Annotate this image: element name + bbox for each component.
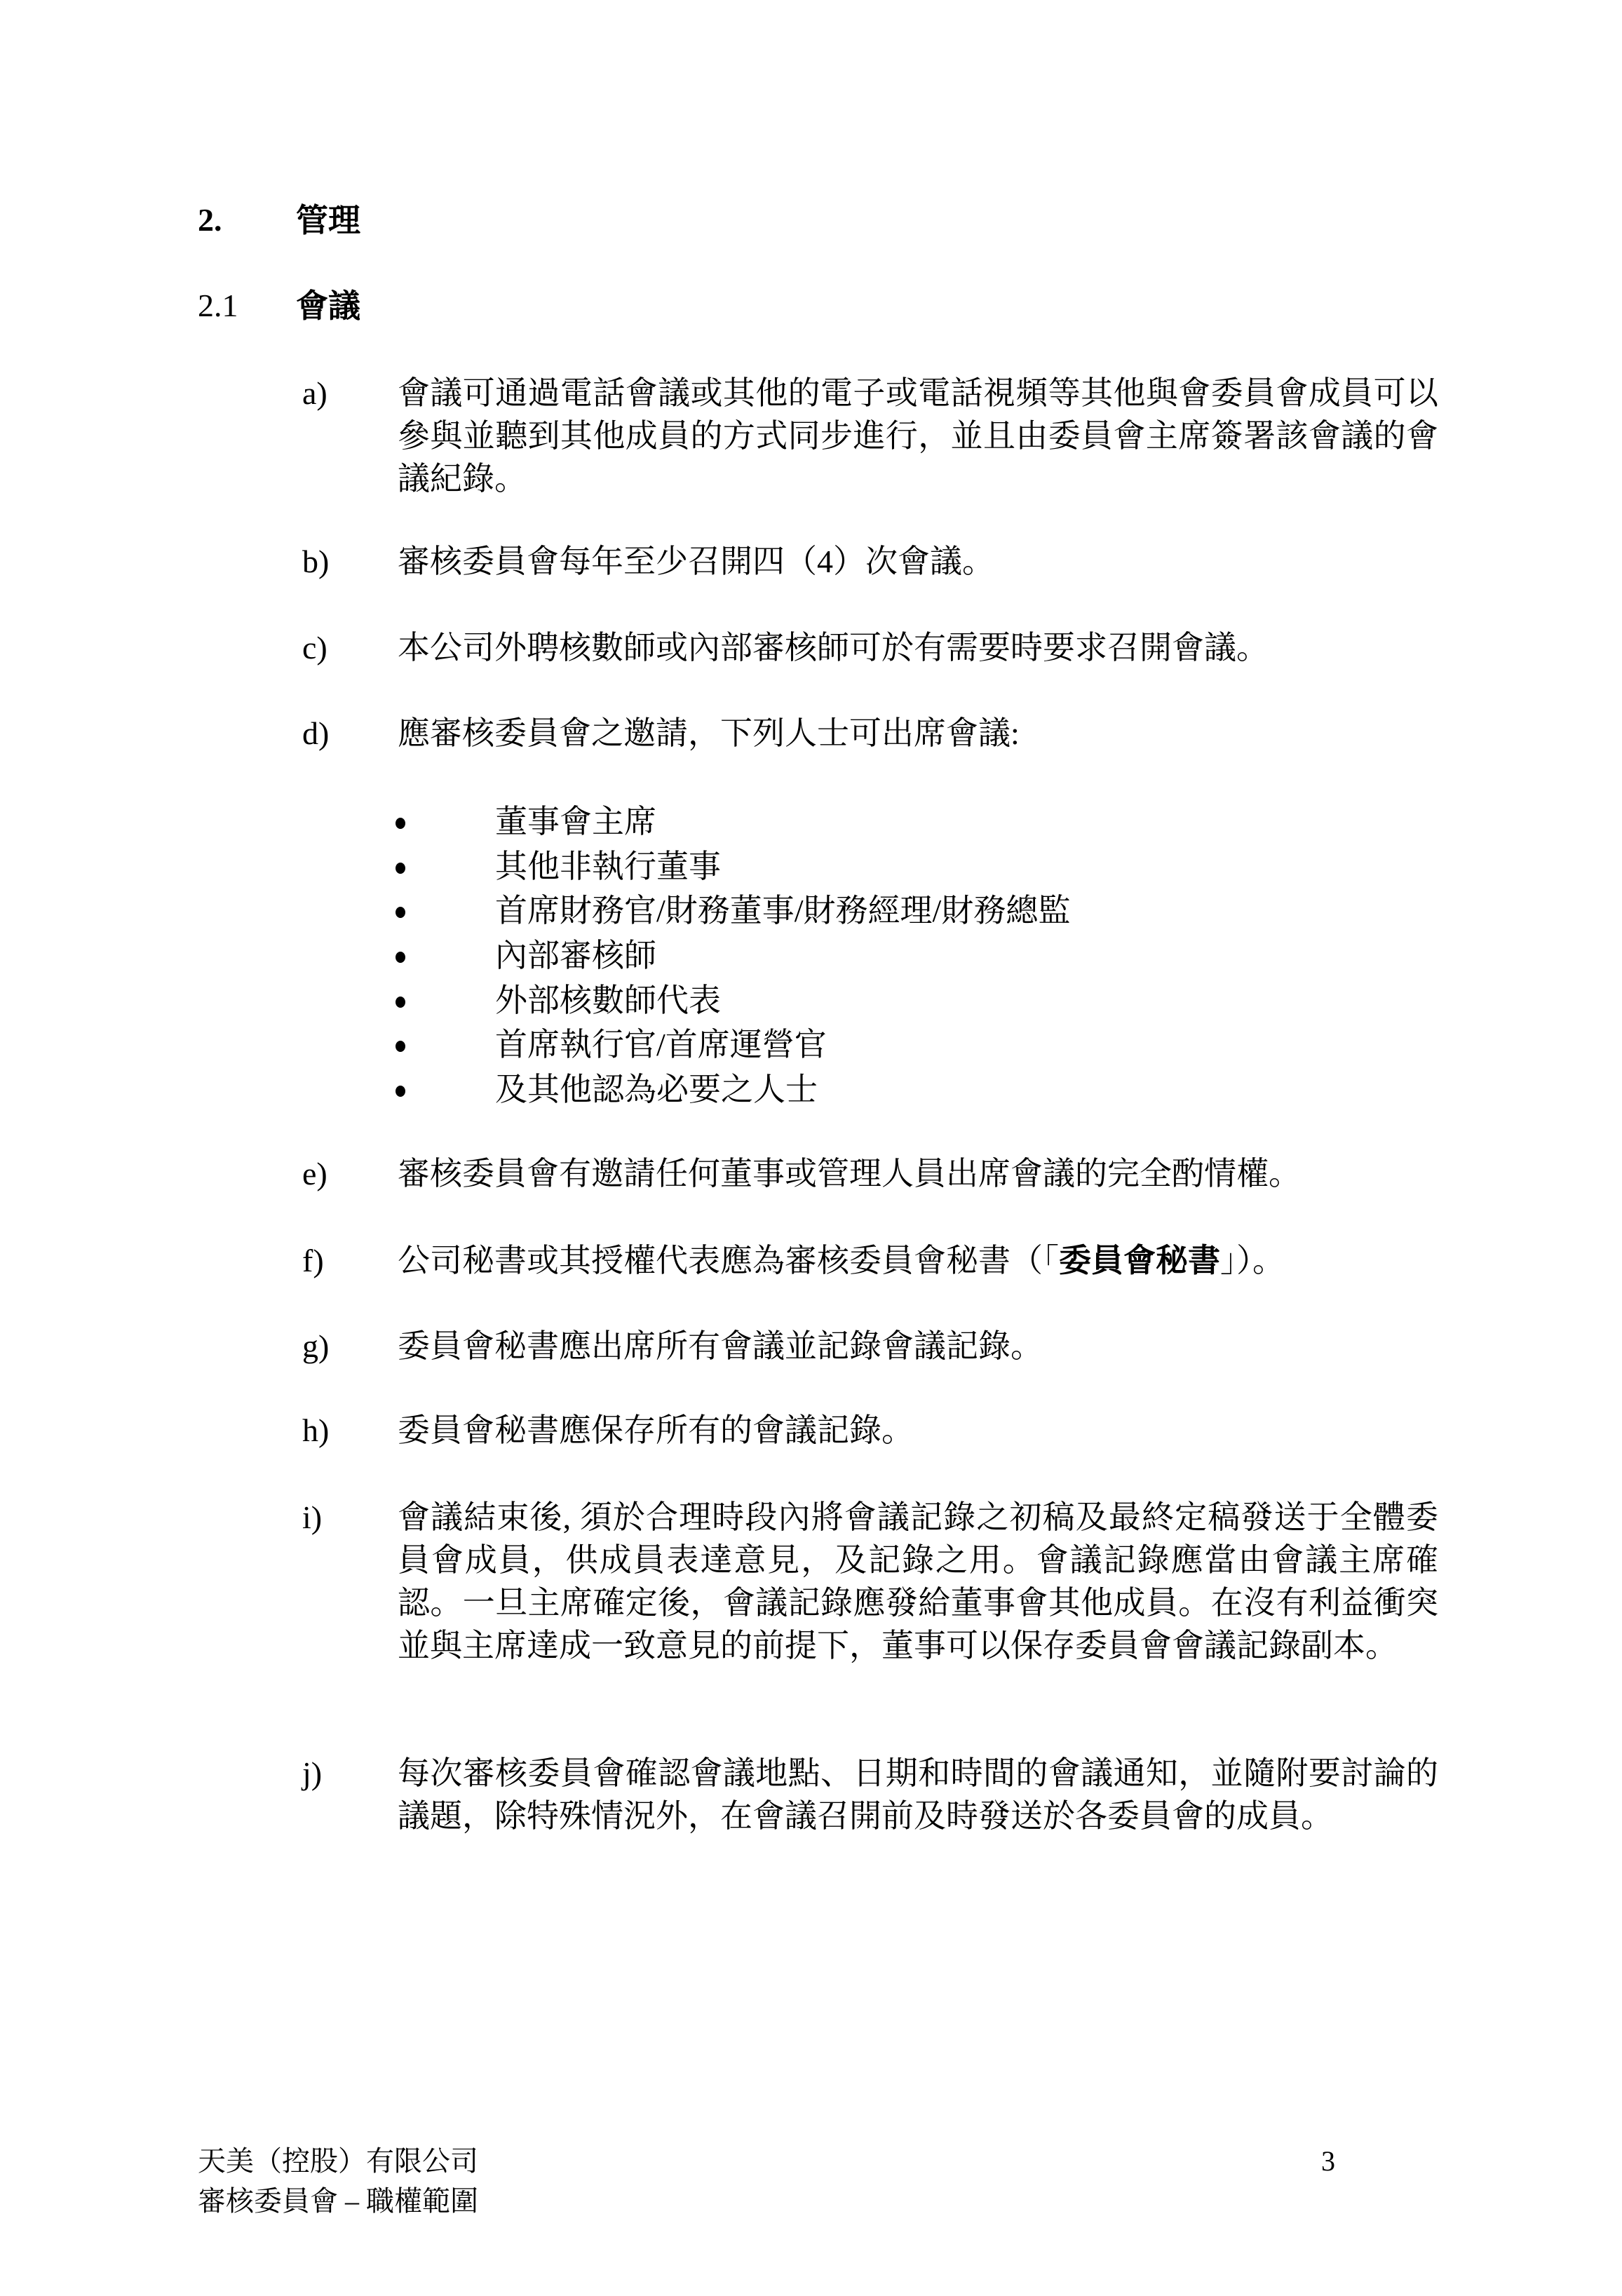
clause-b: b) 審核委員會每年至少召開四（4）次會議。 [302,540,1438,583]
defined-term: 委員會秘書 [1059,1241,1220,1279]
clause-label: d) [302,712,393,755]
bullet-icon [396,818,405,829]
clause-label: h) [302,1409,393,1452]
clause-label: g) [302,1325,393,1368]
clause-label: i) [302,1496,393,1539]
clause-text: 委員會秘書應出席所有會議並記錄會議記錄。 [398,1325,1438,1368]
clause-f: f) 公司秘書或其授權代表應為審核委員會秘書（「委員會秘書」）。 [302,1239,1438,1282]
bullet-icon [396,1086,405,1097]
clause-text: 公司秘書或其授權代表應為審核委員會秘書（「委員會秘書」）。 [398,1239,1438,1282]
list-item-text: 首席執行官/首席運營官 [495,1022,827,1067]
clause-text: 會議可通過電話會議或其他的電子或電話視頻等其他與會委員會成員可以參與並聽到其他成… [398,372,1438,500]
clause-text: 會議結束後, 須於合理時段內將會議記錄之初稿及最終定稿發送于全體委員會成員，供成… [398,1496,1438,1667]
clause-text: 委員會秘書應保存所有的會議記錄。 [398,1409,1438,1452]
bullet-icon [396,997,405,1008]
page-number: 3 [1321,2142,1335,2181]
subsection-number: 2.1 [198,285,238,327]
clause-text-after: 」）。 [1220,1243,1285,1278]
clause-h: h) 委員會秘書應保存所有的會議記錄。 [302,1409,1438,1452]
clause-label: b) [302,540,393,583]
bullet-icon [396,863,405,874]
clause-i: i) 會議結束後, 須於合理時段內將會議記錄之初稿及最終定稿發送于全體委員會成員… [302,1496,1438,1667]
footer-company: 天美（控股）有限公司 [198,2142,478,2181]
clause-label: e) [302,1152,393,1195]
clause-label: c) [302,626,393,669]
clause-label: j) [302,1752,393,1795]
clause-g: g) 委員會秘書應出席所有會議並記錄會議記錄。 [302,1325,1438,1368]
clause-text: 本公司外聘核數師或內部審核師可於有需要時要求召開會議。 [398,626,1438,669]
clause-label: a) [302,372,393,414]
footer-document-title: 審核委員會 – 職權範圍 [198,2182,478,2221]
clause-c: c) 本公司外聘核數師或內部審核師可於有需要時要求召開會議。 [302,626,1438,669]
list-item-text: 首席財務官/財務董事/財務經理/財務總監 [495,889,1070,933]
section-title: 管理 [296,199,360,241]
clause-text-before: 公司秘書或其授權代表應為審核委員會秘書（「 [398,1243,1059,1278]
clause-j: j) 每次審核委員會確認會議地點、日期和時間的會議通知，並隨附要討論的議題，除特… [302,1752,1438,1837]
list-item-text: 及其他認為必要之人士 [495,1067,818,1112]
bullet-icon [396,1041,405,1052]
list-item-text: 董事會主席 [495,799,656,844]
clause-d: d) 應審核委員會之邀請，下列人士可出席會議: [302,712,1438,755]
document-page: 2. 管理 2.1 會議 a) 會議可通過電話會議或其他的電子或電話視頻等其他與… [0,0,1622,2296]
section-number: 2. [198,199,222,241]
clause-a: a) 會議可通過電話會議或其他的電子或電話視頻等其他與會委員會成員可以參與並聽到… [302,372,1438,500]
list-item-text: 其他非執行董事 [495,844,721,889]
clause-text: 每次審核委員會確認會議地點、日期和時間的會議通知，並隨附要討論的議題，除特殊情況… [398,1752,1438,1837]
clause-label: f) [302,1239,393,1282]
clause-text: 審核委員會每年至少召開四（4）次會議。 [398,540,1438,583]
list-item-text: 內部審核師 [495,933,656,978]
list-item-text: 外部核數師代表 [495,978,721,1023]
clause-text: 應審核委員會之邀請，下列人士可出席會議: [398,712,1438,755]
clause-e: e) 審核委員會有邀請任何董事或管理人員出席會議的完全酌情權。 [302,1152,1438,1195]
clause-text: 審核委員會有邀請任何董事或管理人員出席會議的完全酌情權。 [398,1152,1438,1195]
subsection-title: 會議 [296,285,360,327]
bullet-icon [396,907,405,918]
bullet-icon [396,952,405,963]
